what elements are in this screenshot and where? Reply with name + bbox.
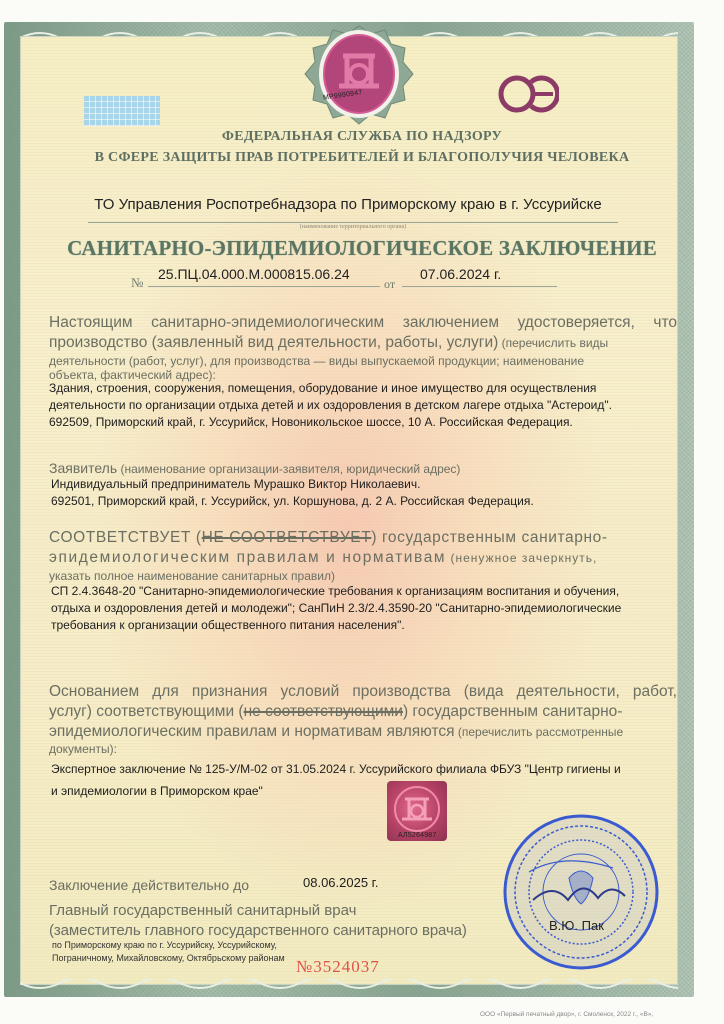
security-hologram-strip [83, 96, 160, 126]
number-underline [148, 286, 380, 287]
basis-line2: услуг) соответствующими (не соответствую… [49, 702, 677, 722]
basis-text-b: ) государственным санитарно- [403, 703, 623, 720]
compliance-hint-inline: (ненужное зачеркнуть, [446, 551, 597, 565]
validity-label: Заключение действительно до [49, 877, 249, 893]
signatory-title-line2: (заместитель главного государственного с… [49, 922, 467, 939]
basis-value-line: и эпидемиологии в Приморском крае" [51, 780, 621, 802]
compliance-hint-line: указать полное наименование санитарных п… [49, 568, 335, 584]
subject-value-line: 692509, Приморский край, г. Уссурийск, Н… [49, 414, 612, 431]
compliance-value: СП 2.4.3648-20 "Санитарно-эпидемиологиче… [51, 583, 621, 634]
issue-date: 07.06.2024 г. [420, 266, 501, 282]
compliance-line2: эпидемиологическим правилам и нормативам… [49, 549, 597, 567]
form-serial-number: №3524037 [296, 957, 380, 977]
basis-norms: эпидемиологическим правилам и нормативам… [49, 723, 455, 740]
basis-line3: эпидемиологическим правилам и нормативам… [49, 722, 623, 742]
compliance-rest: ) государственным санитарно- [371, 529, 607, 546]
number-label: № [131, 275, 143, 291]
printer-imprint: ООО «Первый печатный двор», г. Смоленск,… [480, 1011, 653, 1018]
applicant-hint: (наименование организации-заявителя, юри… [117, 462, 460, 476]
applicant-value: Индивидуальный предприниматель Мурашко В… [51, 476, 534, 510]
signatory-region-line1: по Приморскому краю по г. Уссурийску, Ус… [52, 940, 277, 950]
compliance-value-line: СП 2.4.3648-20 "Санитарно-эпидемиологиче… [51, 583, 621, 600]
hologram-seal-icon [303, 24, 415, 128]
territorial-body-underline [88, 222, 618, 223]
subject-intro-line2: производство (заявленный вид деятельност… [49, 333, 677, 353]
subject-value: Здания, строения, сооружения, помещения,… [49, 380, 612, 431]
subject-intro-text: производство (заявленный вид деятельност… [49, 334, 498, 351]
basis-hint-inline: (перечислить рассмотренные [455, 725, 624, 739]
subject-value-line: деятельности по организации отдыха детей… [49, 397, 612, 414]
hologram-serial-bottom: АЛ5264987 [398, 832, 436, 839]
date-underline [402, 286, 557, 287]
guilloche-border-bottom [20, 979, 678, 993]
basis-text-a: услуг) соответствующими ( [49, 703, 244, 720]
subject-intro-line1: Настоящим санитарно-эпидемиологическим з… [49, 313, 677, 333]
signatory-title-line1: Главный государственный санитарный врач [49, 902, 356, 919]
compliance-value-line: требования к организации общественного п… [51, 617, 621, 634]
basis-value-line: Экспертное заключение № 125-У/М-02 от 31… [51, 758, 621, 780]
agency-name-line1: ФЕДЕРАЛЬНАЯ СЛУЖБА ПО НАДЗОРУ [0, 129, 724, 145]
subject-hint-inline: (перечислить виды [498, 336, 608, 350]
territorial-body-caption: (наименование территориального органа) [88, 224, 618, 230]
validity-date: 08.06.2025 г. [303, 875, 378, 890]
agency-name-line2: В СФЕРЕ ЗАЩИТЫ ПРАВ ПОТРЕБИТЕЛЕЙ И БЛАГО… [0, 150, 724, 166]
se-logo-icon [497, 72, 559, 116]
document-title: САНИТАРНО-ЭПИДЕМИОЛОГИЧЕСКОЕ ЗАКЛЮЧЕНИЕ [0, 236, 724, 261]
compliance-norms: эпидемиологическим правилам и нормативам [49, 549, 446, 566]
certificate-number: 25.ПЦ.04.000.М.000815.06.24 [158, 266, 350, 282]
basis-line1: Основанием для признания условий произво… [49, 682, 677, 702]
official-stamp-icon [493, 812, 663, 977]
basis-hint-line: документы): [49, 741, 117, 757]
compliance-value-line: отдыха и оздоровления детей и молодежи";… [51, 600, 621, 617]
compliance-struck-option: НЕ СООТВЕТСТВУЕТ [202, 529, 372, 546]
applicant-label: Заявитель [49, 460, 117, 476]
compliance-status: СООТВЕТСТВУЕТ ( [49, 529, 202, 546]
applicant-value-line: Индивидуальный предприниматель Мурашко В… [51, 476, 534, 493]
territorial-body: ТО Управления Роспотребнадзора по Примор… [88, 196, 608, 213]
compliance-line1: СООТВЕТСТВУЕТ (НЕ СООТВЕТСТВУЕТ) государ… [49, 529, 677, 547]
signatory-name: В.Ю. Пак [549, 918, 604, 933]
signatory-region-line2: Пограничному, Михайловскому, Октябрьском… [52, 953, 285, 963]
subject-value-line: Здания, строения, сооружения, помещения,… [49, 380, 612, 397]
basis-struck-option: не соответствующими [244, 703, 403, 720]
date-label: от [384, 277, 395, 292]
basis-value: Экспертное заключение № 125-У/М-02 от 31… [51, 758, 621, 802]
applicant-value-line: 692501, Приморский край, г. Уссурийск, у… [51, 493, 534, 510]
